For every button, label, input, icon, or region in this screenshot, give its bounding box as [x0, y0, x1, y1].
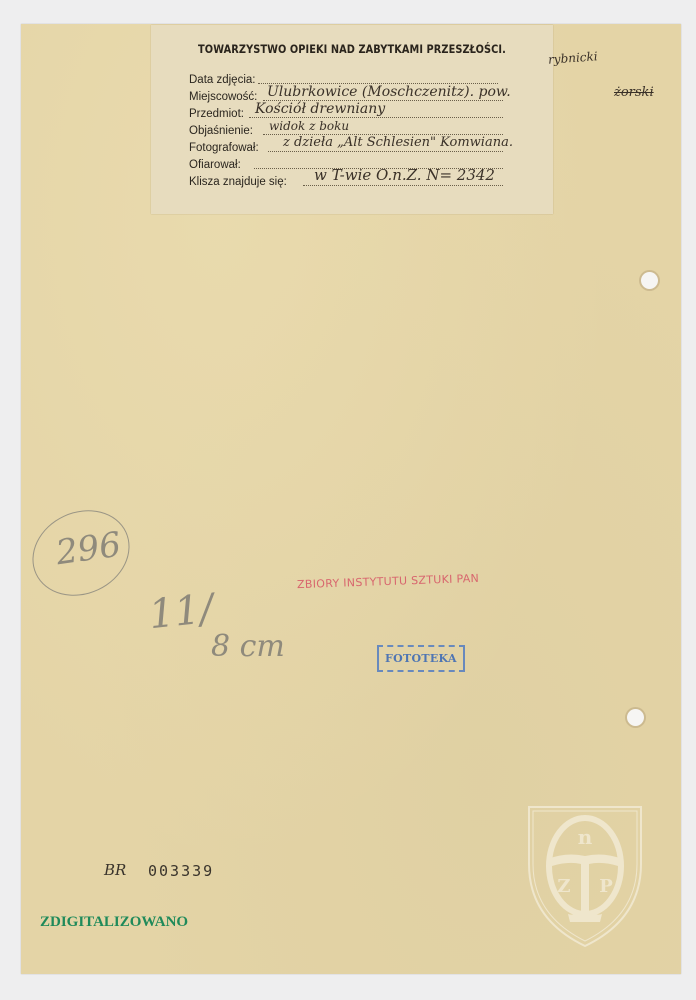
fototeka-stamp: FOTOTEKA	[377, 645, 465, 672]
inventory-number: 003339	[148, 862, 214, 880]
field-date: Data zdjęcia:	[189, 69, 255, 86]
inventory-prefix: BR	[104, 861, 126, 879]
handwritten-negative-location: w T-wie O.n.Z. N= 2342	[314, 166, 495, 184]
handwritten-struck-district: żorski	[614, 85, 654, 100]
punch-hole	[627, 709, 644, 726]
digitized-stamp: ZDIGITALIZOWANO	[40, 914, 188, 931]
handwritten-photographer: z dzieła „Alt Schlesien" Komwiana.	[283, 135, 513, 150]
field-label-place: Miejscowość:	[189, 91, 257, 103]
handwritten-object: Kościół drewniany	[255, 101, 385, 117]
field-object: Przedmiot:	[189, 103, 244, 120]
field-photographer: Fotografował:	[189, 137, 259, 154]
dotted-line	[303, 185, 503, 186]
field-label-negative-location: Klisza znajduje się:	[189, 176, 287, 188]
handwritten-place: Ulubrkowice (Moschczenitz). pow.	[267, 84, 511, 100]
dotted-line	[249, 117, 503, 118]
field-label-object: Przedmiot:	[189, 108, 244, 120]
handwritten-description: widok z boku	[269, 119, 349, 133]
record-label-card: TOWARZYSTWO OPIEKI NAD ZABYTKAMI PRZESZŁ…	[151, 25, 553, 214]
field-description: Objaśnienie:	[189, 120, 253, 137]
field-place: Miejscowość:	[189, 86, 257, 103]
handwritten-correction: rybnicki	[548, 49, 598, 66]
size-note-bottom: 8 cm	[211, 629, 285, 664]
field-label-date: Data zdjęcia:	[189, 74, 255, 86]
svg-text:Z: Z	[557, 876, 570, 897]
tonzp-shield-logo-icon: n Z P	[526, 804, 644, 949]
svg-text:P: P	[599, 876, 613, 897]
size-note-top: 11/	[147, 586, 216, 638]
dotted-line	[268, 151, 503, 152]
svg-text:n: n	[578, 825, 593, 849]
field-label-donor: Ofiarował:	[189, 159, 241, 171]
field-negative-location: Klisza znajduje się:	[189, 171, 287, 188]
label-title: TOWARZYSTWO OPIEKI NAD ZABYTKAMI PRZESZŁ…	[181, 42, 523, 56]
collection-stamp: ZBIORY INSTYTUTU SZTUKI PAN	[297, 572, 479, 591]
document-sheet: TOWARZYSTWO OPIEKI NAD ZABYTKAMI PRZESZŁ…	[21, 24, 681, 974]
field-label-description: Objaśnienie:	[189, 125, 253, 137]
field-donor: Ofiarował:	[189, 154, 241, 171]
punch-hole	[641, 272, 658, 289]
field-label-photographer: Fotografował:	[189, 142, 259, 154]
